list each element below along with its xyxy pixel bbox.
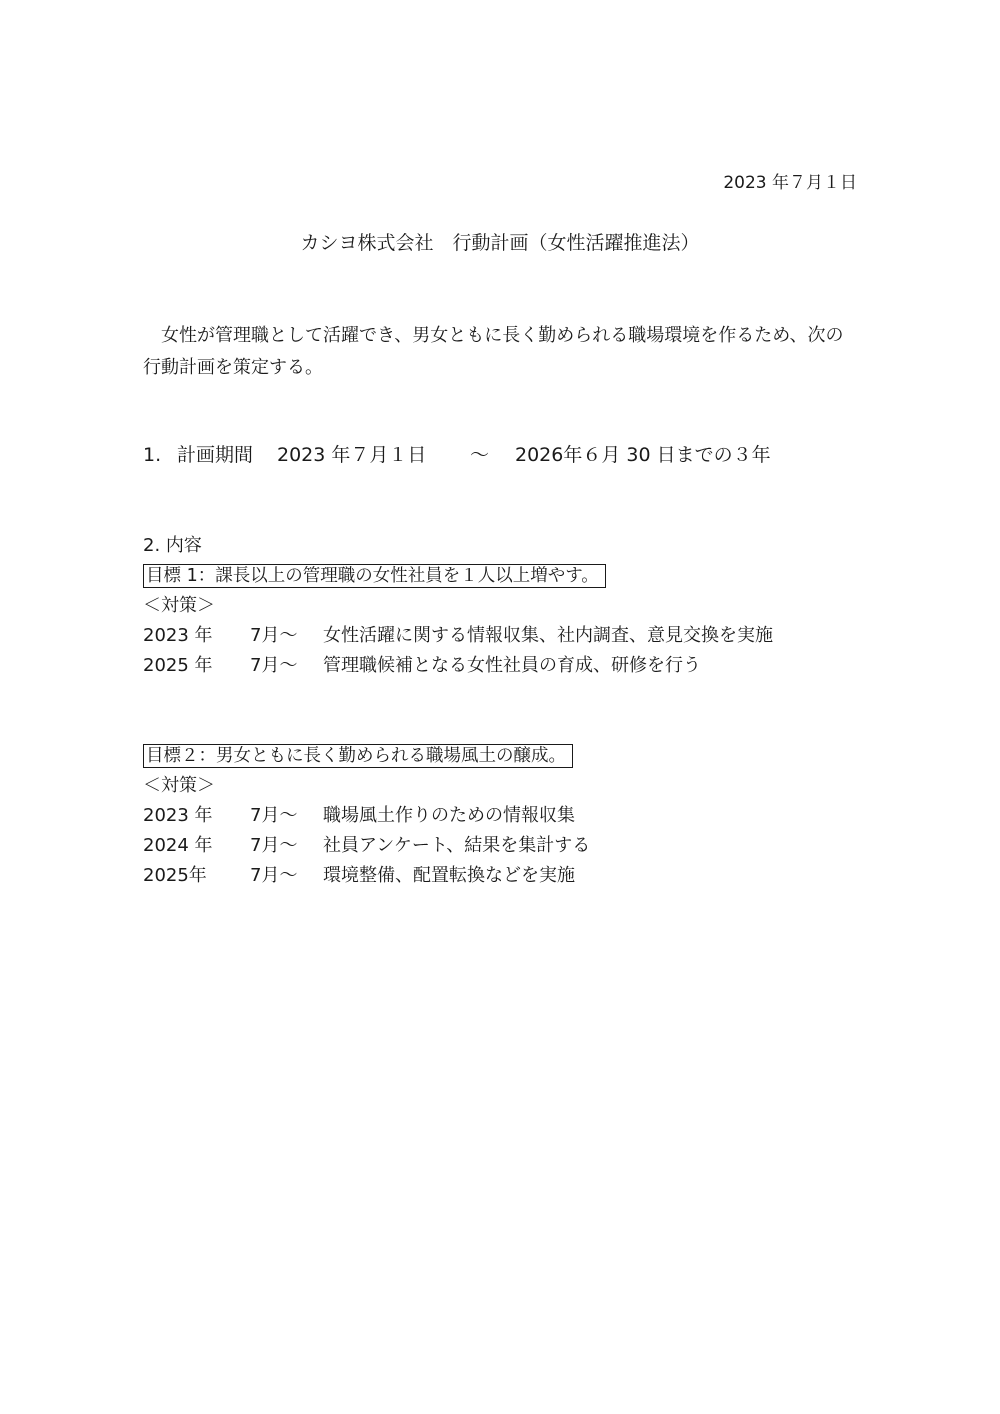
goal-2-measure-row: 2023 年7月～職場風土作りのための情報収集 [143, 804, 575, 828]
goal-2-measure-row: 2024 年7月～社員アンケート、結果を集計する [143, 834, 590, 858]
measure-month: 7月～ [250, 834, 323, 858]
goal-2-measures-label: ＜対策＞ [143, 774, 215, 798]
document-date: 2023 年７月１日 [723, 171, 857, 195]
period-end: 2026年６月 30 日までの３年 [515, 443, 771, 467]
measure-description: 女性活躍に関する情報収集、社内調査、意見交換を実施 [323, 624, 773, 648]
intro-paragraph: 女性が管理職として活躍でき、男女ともに長く勤められる職場環境を作るため、次の 行… [143, 320, 863, 384]
document-title: カシヨ株式会社 行動計画（女性活躍推進法） [0, 231, 1000, 255]
measure-year: 2025 年 [143, 654, 250, 678]
measure-month: 7月～ [250, 804, 323, 828]
goal-1-measure-row: 2023 年7月～女性活躍に関する情報収集、社内調査、意見交換を実施 [143, 624, 773, 648]
goal-2-measure-row: 2025年7月～環境整備、配置転換などを実施 [143, 864, 575, 888]
intro-line-1: 女性が管理職として活躍でき、男女ともに長く勤められる職場環境を作るため、次の [143, 320, 863, 352]
measure-description: 管理職候補となる女性社員の育成、研修を行う [323, 654, 701, 678]
goal-1-measures-label: ＜対策＞ [143, 594, 215, 618]
goal-1-measure-row: 2025 年7月～管理職候補となる女性社員の育成、研修を行う [143, 654, 701, 678]
measure-description: 環境整備、配置転換などを実施 [323, 864, 575, 888]
measure-month: 7月～ [250, 864, 323, 888]
goal-1-box: 目標 1：課長以上の管理職の女性社員を１人以上増やす。 [143, 564, 606, 588]
section-plan-period: 1.計画期間2023 年７月１日～2026年６月 30 日までの３年 [143, 443, 771, 467]
measure-year: 2023 年 [143, 804, 250, 828]
section-contents-heading: 2. 内容 [143, 534, 202, 558]
measure-month: 7月～ [250, 654, 323, 678]
goal-2-box: 目標２：男女ともに長く勤められる職場風土の醸成。 [143, 744, 573, 768]
measure-description: 社員アンケート、結果を集計する [323, 834, 590, 858]
intro-line-2: 行動計画を策定する。 [143, 352, 863, 384]
period-start: 2023 年７月１日 [277, 443, 470, 467]
measure-description: 職場風土作りのための情報収集 [323, 804, 575, 828]
measure-month: 7月～ [250, 624, 323, 648]
section-number: 1. [143, 443, 177, 467]
section-label: 計画期間 [177, 443, 277, 467]
measure-year: 2025年 [143, 864, 250, 888]
period-separator: ～ [470, 443, 515, 467]
measure-year: 2024 年 [143, 834, 250, 858]
document-page: 2023 年７月１日 カシヨ株式会社 行動計画（女性活躍推進法） 女性が管理職と… [0, 0, 1000, 1414]
measure-year: 2023 年 [143, 624, 250, 648]
